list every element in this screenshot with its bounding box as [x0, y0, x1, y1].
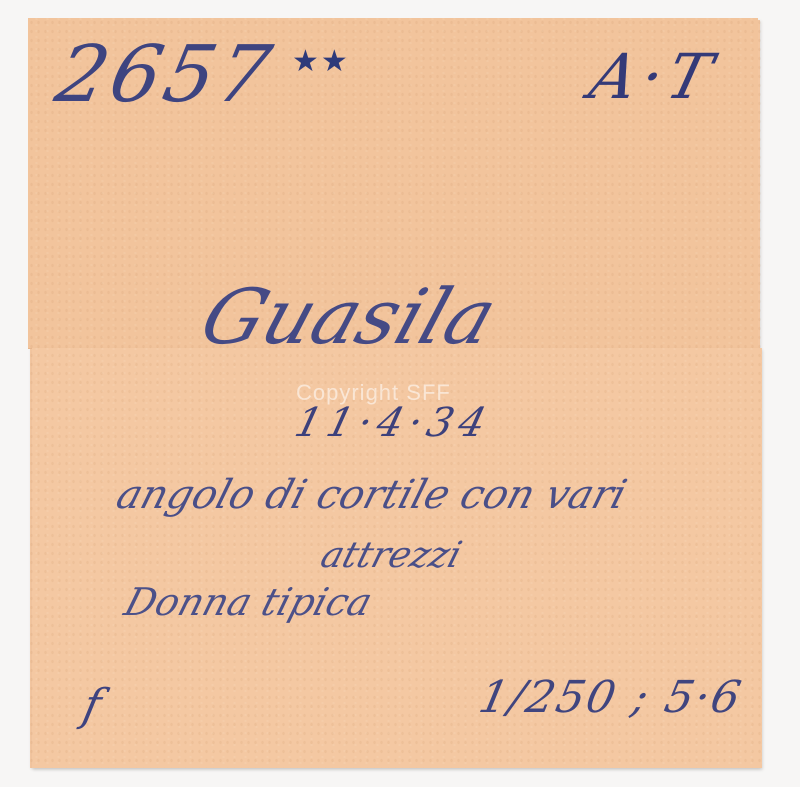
description-line-1: angolo di cortile con vari [111, 472, 631, 518]
date: 11·4·34 [290, 400, 496, 446]
star-marks-icon: ★★ [292, 44, 350, 79]
description-line-2: attrezzi [316, 535, 466, 576]
place-name: Guasila [191, 272, 508, 361]
exposure-settings: 1/250 ; 5·6 [475, 672, 747, 723]
inventory-number: 2657 [48, 30, 282, 120]
author-initials: A·T [583, 40, 725, 113]
document-scan: 2657 ★★ A·T Guasila Copyright SFF 11·4·3… [0, 0, 800, 787]
description-line-3: Donna tipica [120, 580, 377, 624]
